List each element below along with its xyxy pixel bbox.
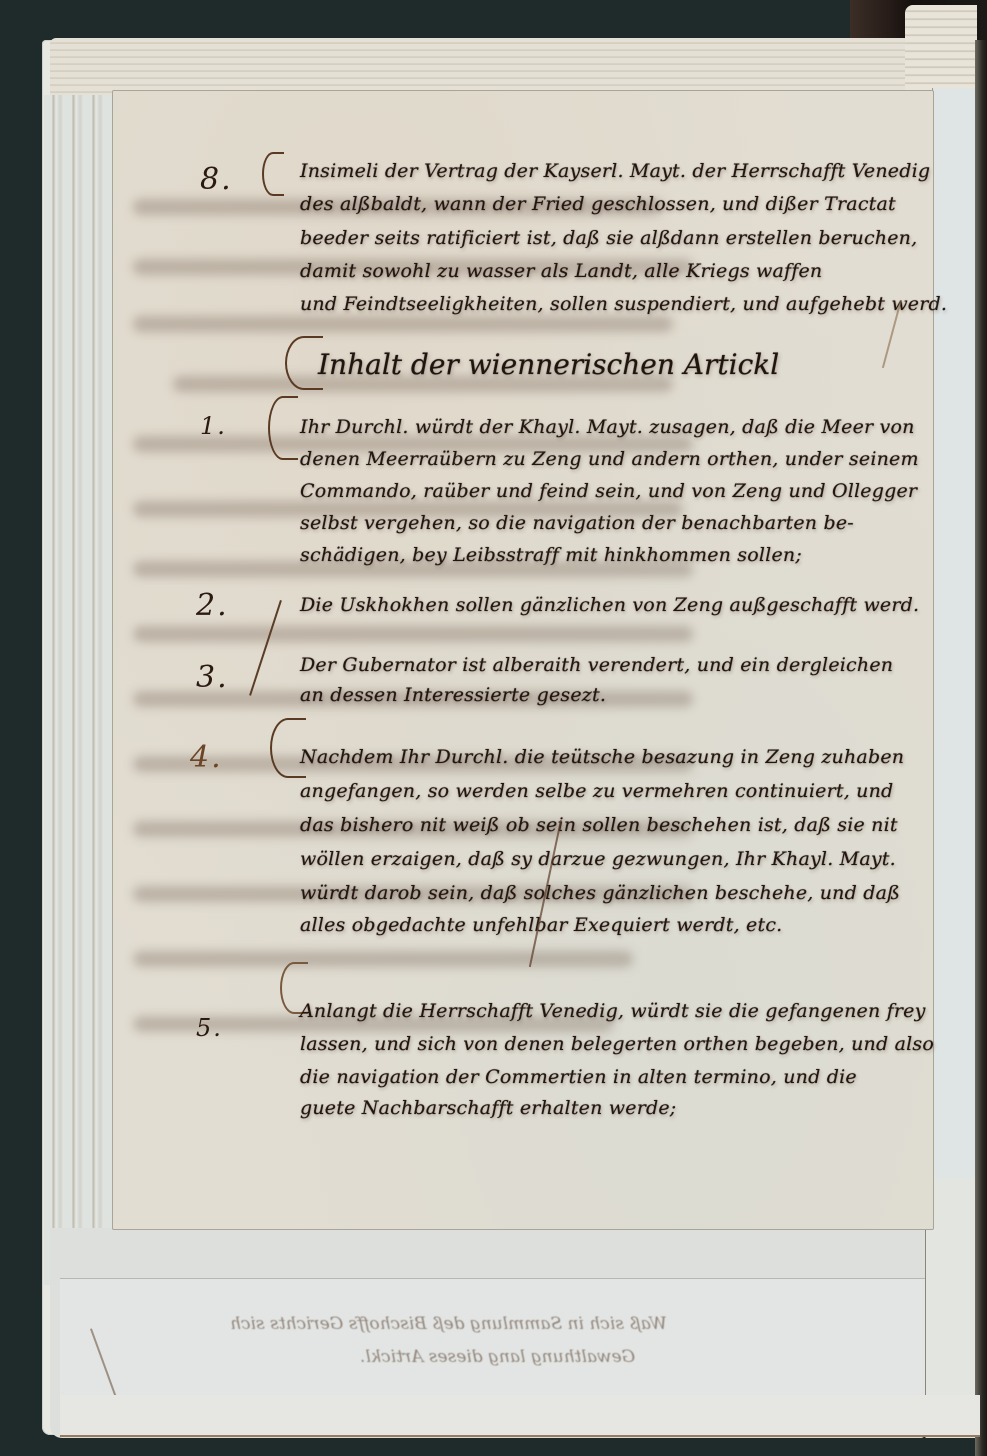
book-spine — [975, 40, 987, 1456]
article-number: 1. — [200, 412, 227, 440]
text-line: Ihr Durchl. würdt der Khayl. Mayt. zusag… — [300, 416, 915, 438]
text-line: Anlangt die Herrschafft Venedig, würdt s… — [300, 1000, 915, 1022]
text-line: an dessen Interessierte gesezt. — [300, 684, 915, 706]
bleed-through — [133, 316, 673, 332]
stacked-sheets-left-edges — [44, 95, 116, 1285]
mirrored-note-line: Gewalthung lang dieses Artickl. — [360, 1347, 635, 1367]
text-line: Insimeli der Vertrag der Kayserl. Mayt. … — [300, 160, 915, 182]
bleed-through — [133, 951, 633, 967]
text-line: wöllen erzaigen, daß sy darzue gezwungen… — [300, 848, 915, 870]
article-number: 4. — [190, 740, 223, 775]
article-number: 2. — [196, 588, 229, 623]
article-number: 3. — [196, 660, 229, 695]
text-line: lassen, und sich von denen belegerten or… — [300, 1033, 915, 1055]
article-number: 5. — [196, 1014, 223, 1042]
text-line: Der Gubernator ist alberaith verendert, … — [300, 654, 915, 676]
text-line: des alßbaldt, wann der Fried geschlossen… — [300, 193, 915, 215]
text-line: beeder seits ratificiert ist, daß sie al… — [300, 227, 915, 249]
ink-stroke — [90, 1328, 118, 1399]
text-line: Nachdem Ihr Durchl. die teütsche besazun… — [300, 746, 915, 768]
initial-flourish — [262, 152, 284, 196]
text-line: schädigen, bey Leibsstraff mit hinkhomme… — [300, 544, 915, 566]
adjacent-page-strip — [932, 88, 977, 1178]
text-line: Die Uskhokhen sollen gänzlichen von Zeng… — [300, 594, 915, 616]
text-line: denen Meerraübern zu Zeng und andern ort… — [300, 448, 915, 470]
text-line: alles obgedachte unfehlbar Exequiert wer… — [300, 914, 915, 936]
initial-flourish — [268, 396, 298, 460]
text-line: Commando, raüber und feind sein, und von… — [300, 480, 915, 502]
text-line: die navigation der Commertien in alten t… — [300, 1066, 915, 1088]
text-line: angefangen, so werden selbe zu vermehren… — [300, 780, 915, 802]
text-line: selbst vergehen, so die navigation der b… — [300, 512, 915, 534]
section-heading: Inhalt der wiennerischen Artickl — [318, 348, 779, 381]
text-line: das bishero nit weiß ob sein sollen besc… — [300, 814, 915, 836]
stacked-sheets-top-edges — [50, 38, 910, 98]
mirrored-note-line: Waß sich in Sammlung deß Bischoffs Geric… — [230, 1314, 667, 1334]
section-number: 8. — [200, 162, 233, 197]
adjacent-stack-top-edges — [905, 5, 977, 90]
bottom-sheet-lip — [60, 1395, 980, 1437]
bleed-through — [133, 626, 693, 642]
text-line: und Feindtseeligkheiten, sollen suspendi… — [300, 293, 915, 315]
text-line: würdt darob sein, daß solches gänzlichen… — [300, 882, 915, 904]
text-line: damit sowohl zu wasser als Landt, alle K… — [300, 260, 915, 282]
text-line: guete Nachbarschafft erhalten werde; — [300, 1097, 915, 1119]
